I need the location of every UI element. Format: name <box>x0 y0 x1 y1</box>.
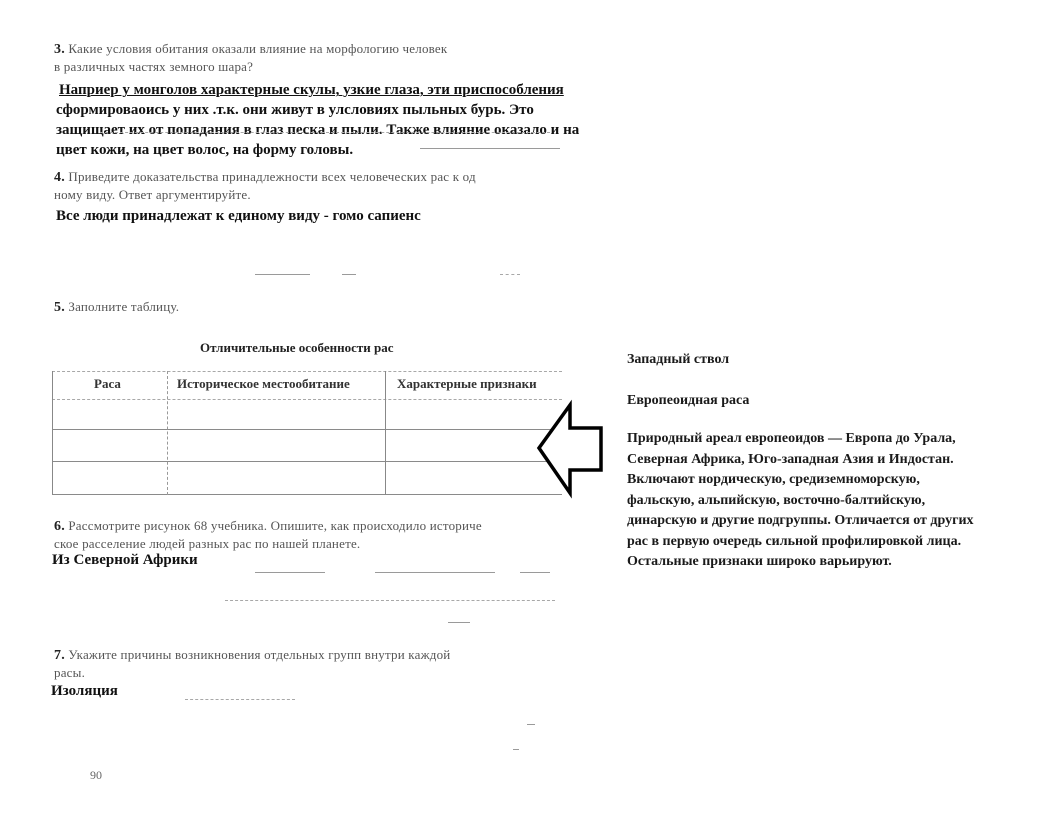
page-number: 90 <box>90 768 102 783</box>
writing-line <box>500 274 520 276</box>
table-row-divider <box>52 429 562 430</box>
answer-6: Из Северной Африки <box>52 550 198 570</box>
question-number: 4. <box>54 170 65 185</box>
paragraph-line: Природный ареал европеоидов — Европа до … <box>627 429 1057 450</box>
writing-mark <box>527 724 535 725</box>
writing-line <box>342 274 356 275</box>
table-col-divider <box>385 371 386 495</box>
answer-line: сформироваоись у них .т.к. они живут в у… <box>56 100 656 120</box>
panel-heading-race: Европеоидная раса <box>627 391 1057 412</box>
panel-heading-stem: Западный ствол <box>627 350 1057 371</box>
question-7: 7. Укажите причины возникновения отдельн… <box>54 646 574 681</box>
races-table: Раса Историческое местообитание Характер… <box>52 371 562 495</box>
question-text: Рассмотрите рисунок 68 учебника. Опишите… <box>68 518 481 533</box>
writing-line <box>420 148 560 149</box>
paragraph-line: Остальные признаки широко варьируют. <box>627 552 1057 573</box>
left-arrow-icon <box>530 398 610 502</box>
paragraph-line: фальскую, альпийскую, восточно-балтийску… <box>627 491 1057 512</box>
question-number: 7. <box>54 648 65 663</box>
question-text-cont: расы. <box>54 665 85 680</box>
question-text: Какие условия обитания оказали влияние н… <box>68 41 447 56</box>
table-border-left <box>52 371 53 495</box>
answer-line: Наприер у монголов характерные скулы, уз… <box>56 80 656 100</box>
table-header-traits: Характерные признаки <box>397 376 537 392</box>
question-text: Укажите причины возникновения отдельных … <box>68 647 450 662</box>
question-text-cont: в различных частях земного шара? <box>54 59 253 74</box>
question-number: 5. <box>54 300 65 315</box>
panel-paragraph: Природный ареал европеоидов — Европа до … <box>627 429 1057 573</box>
writing-line <box>520 572 550 573</box>
writing-line <box>375 572 495 573</box>
writing-line <box>185 699 295 701</box>
paragraph-line: Включают нордическую, средиземноморскую, <box>627 470 1057 491</box>
writing-line <box>255 572 325 573</box>
table-col-divider <box>167 371 168 495</box>
question-text: Заполните таблицу. <box>68 299 179 314</box>
question-text-cont: ному виду. Ответ аргументируйте. <box>54 187 251 202</box>
question-number: 6. <box>54 519 65 534</box>
table-title: Отличительные особенности рас <box>200 340 394 356</box>
question-number: 3. <box>54 42 65 57</box>
table-border-bottom <box>52 494 562 495</box>
question-5: 5. Заполните таблицу. <box>54 298 594 316</box>
table-row-divider <box>52 461 562 462</box>
question-3: 3. Какие условия обитания оказали влияни… <box>54 40 594 75</box>
writing-line <box>225 600 555 602</box>
paragraph-line: динарскую и другие подгруппы. Отличается… <box>627 511 1057 532</box>
writing-line <box>100 132 550 134</box>
paragraph-line: Северная Африка, Юго-западная Азия и Инд… <box>627 450 1057 471</box>
question-text-cont: ское расселение людей разных рас по наше… <box>54 536 360 551</box>
table-header-habitat: Историческое местообитание <box>177 376 350 392</box>
writing-mark <box>513 749 519 750</box>
writing-line <box>448 622 470 623</box>
table-border-top <box>52 371 562 373</box>
question-text: Приведите доказательства принадлежности … <box>68 169 475 184</box>
answer-7: Изоляция <box>51 681 118 701</box>
table-row-divider <box>52 399 562 401</box>
answer-3: Наприер у монголов характерные скулы, уз… <box>56 80 656 160</box>
answer-4: Все люди принадлежат к единому виду - го… <box>56 206 616 226</box>
paragraph-line: рас в первую очередь сильной профилировк… <box>627 532 1057 553</box>
right-panel: Западный ствол Европеоидная раса Природн… <box>627 350 1057 573</box>
answer-line: цвет кожи, на цвет волос, на форму голов… <box>56 140 656 160</box>
answer-line: защищает их от попадания в глаз песка и … <box>56 120 656 140</box>
writing-line <box>255 274 310 275</box>
question-4: 4. Приведите доказательства принадлежнос… <box>54 168 594 203</box>
table-header-race: Раса <box>94 376 121 392</box>
question-6: 6. Рассмотрите рисунок 68 учебника. Опиш… <box>54 517 594 552</box>
